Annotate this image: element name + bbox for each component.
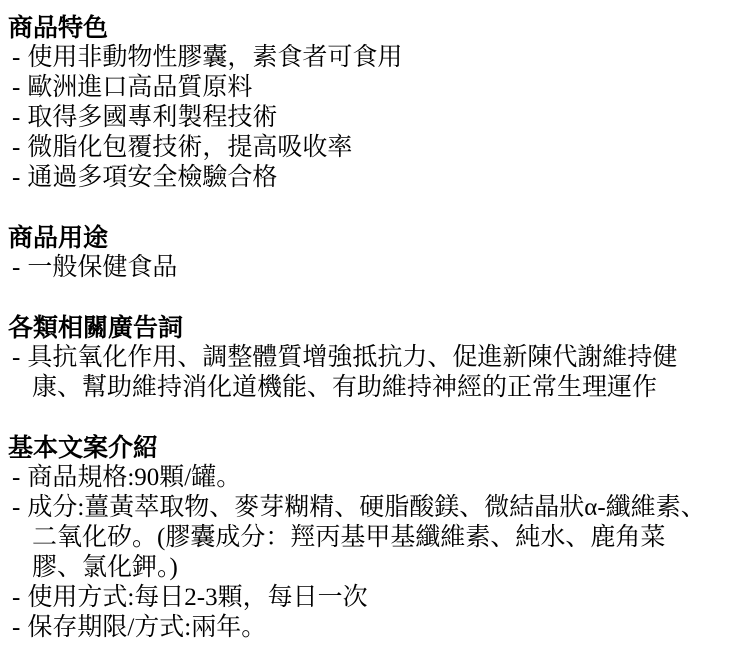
- section-product-features: 商品特色 -使用非動物性膠囊，素食者可食用 -歐洲進口高品質原料 -取得多國專利…: [8, 13, 737, 193]
- bullet-dash: -: [12, 73, 20, 103]
- bullet-item: -保存期限/方式:兩年。: [8, 613, 737, 643]
- product-description-document: 商品特色 -使用非動物性膠囊，素食者可食用 -歐洲進口高品質原料 -取得多國專利…: [0, 0, 743, 643]
- bullet-dash: -: [12, 163, 20, 193]
- bullet-dash: -: [12, 253, 20, 283]
- bullet-text: 使用非動物性膠囊，素食者可食用: [27, 44, 402, 71]
- section-product-uses: 商品用途 -一般保健食品: [8, 223, 737, 283]
- section-heading-basic-copy-intro: 基本文案介紹: [8, 433, 737, 463]
- bullet-text: 取得多國專利製程技術: [27, 104, 277, 131]
- bullet-item: -使用非動物性膠囊，素食者可食用: [8, 43, 737, 73]
- bullet-item-continuation: 二氧化矽。(膠囊成分：羥丙基甲基纖維素、純水、鹿角菜: [8, 523, 737, 553]
- bullet-text: 具抗氧化作用、調整體質增強抵抗力、促進新陳代謝維持健: [27, 344, 677, 371]
- bullet-text: 康、幫助維持消化道機能、有助維持神經的正常生理運作: [32, 374, 657, 401]
- bullet-item-continuation: 膠、氯化鉀。): [8, 553, 737, 583]
- bullet-dash: -: [12, 613, 20, 643]
- bullet-text: 成分:薑黃萃取物、麥芽糊精、硬脂酸鎂、微結晶狀α-纖維素、: [27, 494, 705, 521]
- bullet-dash: -: [12, 583, 20, 613]
- section-basic-copy-intro: 基本文案介紹 -商品規格:90顆/罐。 -成分:薑黃萃取物、麥芽糊精、硬脂酸鎂、…: [8, 433, 737, 643]
- bullet-text: 微脂化包覆技術，提高吸收率: [27, 134, 352, 161]
- bullet-text: 二氧化矽。(膠囊成分：羥丙基甲基纖維素、純水、鹿角菜: [32, 524, 665, 551]
- bullet-dash: -: [12, 103, 20, 133]
- bullet-text: 歐洲進口高品質原料: [27, 74, 252, 101]
- bullet-dash: -: [12, 463, 20, 493]
- bullet-text: 膠、氯化鉀。): [32, 554, 178, 581]
- bullet-item: -使用方式:每日2-3顆，每日一次: [8, 583, 737, 613]
- section-related-ad-phrases: 各類相關廣告詞 -具抗氧化作用、調整體質增強抵抗力、促進新陳代謝維持健 康、幫助…: [8, 313, 737, 403]
- bullet-item: -取得多國專利製程技術: [8, 103, 737, 133]
- bullet-text: 一般保健食品: [27, 254, 177, 281]
- bullet-dash: -: [12, 343, 20, 373]
- bullet-dash: -: [12, 493, 20, 523]
- bullet-item: -微脂化包覆技術，提高吸收率: [8, 133, 737, 163]
- bullet-item-continuation: 康、幫助維持消化道機能、有助維持神經的正常生理運作: [8, 373, 737, 403]
- section-heading-product-uses: 商品用途: [8, 223, 737, 253]
- bullet-item: -成分:薑黃萃取物、麥芽糊精、硬脂酸鎂、微結晶狀α-纖維素、: [8, 493, 737, 523]
- bullet-text: 使用方式:每日2-3顆，每日一次: [27, 584, 367, 611]
- bullet-text: 保存期限/方式:兩年。: [27, 614, 266, 641]
- bullet-item: -一般保健食品: [8, 253, 737, 283]
- bullet-item: -商品規格:90顆/罐。: [8, 463, 737, 493]
- bullet-item: -通過多項安全檢驗合格: [8, 163, 737, 193]
- bullet-item: -具抗氧化作用、調整體質增強抵抗力、促進新陳代謝維持健: [8, 343, 737, 373]
- bullet-text: 商品規格:90顆/罐。: [27, 464, 241, 491]
- bullet-item: -歐洲進口高品質原料: [8, 73, 737, 103]
- bullet-dash: -: [12, 133, 20, 163]
- section-heading-related-ad-phrases: 各類相關廣告詞: [8, 313, 737, 343]
- section-heading-product-features: 商品特色: [8, 13, 737, 43]
- bullet-text: 通過多項安全檢驗合格: [27, 164, 277, 191]
- bullet-dash: -: [12, 43, 20, 73]
